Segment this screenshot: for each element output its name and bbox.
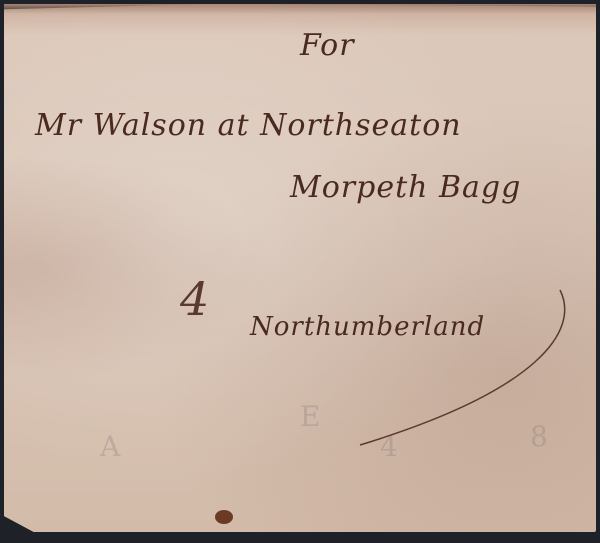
ink-stain <box>215 510 233 524</box>
flourish-underline <box>0 0 600 543</box>
